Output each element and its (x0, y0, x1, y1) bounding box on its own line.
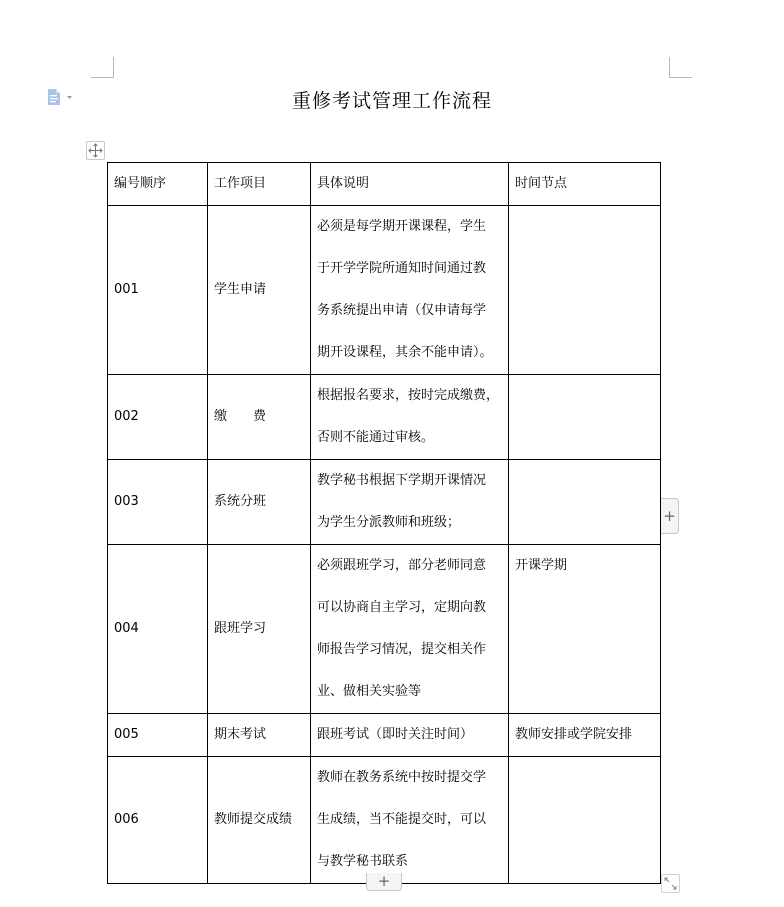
time-cell[interactable] (509, 460, 661, 545)
desc-line: 务系统提出申请（仅申请每学 (317, 290, 502, 332)
item-cell[interactable]: 期末考试 (208, 714, 311, 757)
add-row-button[interactable]: + (366, 873, 402, 891)
desc-cell[interactable]: 教学秘书根据下学期开课情况 为学生分派教师和班级； (311, 460, 509, 545)
desc-line: 教师在教务系统中按时提交学 (317, 757, 502, 799)
time-cell[interactable] (509, 757, 661, 884)
table-row: 002 缴 费 根据报名要求，按时完成缴费， 否则不能通过审核。 (108, 375, 661, 460)
item-cell[interactable]: 跟班学习 (208, 545, 311, 714)
item-cell[interactable]: 缴 费 (208, 375, 311, 460)
desc-line: 业、做相关实验等 (317, 671, 502, 713)
desc-cell[interactable]: 必须跟班学习，部分老师同意 可以协商自主学习，定期向教 师报告学习情况，提交相关… (311, 545, 509, 714)
desc-line: 必须跟班学习，部分老师同意 (317, 545, 502, 587)
header-cell[interactable]: 工作项目 (208, 163, 311, 206)
desc-line: 生成绩，当不能提交时，可以 (317, 799, 502, 841)
table-header-row: 编号顺序 工作项目 具体说明 时间节点 (108, 163, 661, 206)
desc-line: 与教学秘书联系 (317, 841, 502, 883)
time-cell[interactable]: 开课学期 (509, 545, 661, 714)
page-corner-mark-top-right (669, 57, 692, 78)
workflow-table: 编号顺序 工作项目 具体说明 时间节点 001 学生申请 必须是每学期开课课程，… (107, 162, 661, 884)
desc-cell[interactable]: 教师在教务系统中按时提交学 生成绩，当不能提交时，可以 与教学秘书联系 (311, 757, 509, 884)
id-cell[interactable]: 003 (108, 460, 208, 545)
plus-icon: + (663, 507, 676, 525)
add-column-button[interactable]: + (661, 498, 679, 534)
item-cell[interactable]: 学生申请 (208, 206, 311, 375)
id-cell[interactable]: 002 (108, 375, 208, 460)
desc-line: 为学生分派教师和班级； (317, 502, 502, 544)
table-resize-handle[interactable] (661, 874, 680, 893)
desc-line: 教学秘书根据下学期开课情况 (317, 460, 502, 502)
time-cell[interactable]: 教师安排或学院安排 (509, 714, 661, 757)
desc-line: 期开设课程，其余不能申请）。 (317, 332, 502, 374)
id-cell[interactable]: 005 (108, 714, 208, 757)
time-cell[interactable] (509, 206, 661, 375)
table-row: 004 跟班学习 必须跟班学习，部分老师同意 可以协商自主学习，定期向教 师报告… (108, 545, 661, 714)
table-row: 006 教师提交成绩 教师在教务系统中按时提交学 生成绩，当不能提交时，可以 与… (108, 757, 661, 884)
plus-icon: + (378, 872, 391, 890)
id-cell[interactable]: 004 (108, 545, 208, 714)
desc-line: 师报告学习情况，提交相关作 (317, 629, 502, 671)
time-cell[interactable] (509, 375, 661, 460)
document-title: 重修考试管理工作流程 (0, 86, 784, 113)
header-cell[interactable]: 时间节点 (509, 163, 661, 206)
header-cell[interactable]: 具体说明 (311, 163, 509, 206)
id-cell[interactable]: 006 (108, 757, 208, 884)
move-icon (87, 142, 104, 159)
item-cell[interactable]: 系统分班 (208, 460, 311, 545)
resize-icon (662, 875, 679, 892)
desc-line: 可以协商自主学习，定期向教 (317, 587, 502, 629)
desc-cell[interactable]: 必须是每学期开课课程，学生 于开学学院所通知时间通过教 务系统提出申请（仅申请每… (311, 206, 509, 375)
table-row: 005 期末考试 跟班考试（即时关注时间） 教师安排或学院安排 (108, 714, 661, 757)
desc-line: 必须是每学期开课课程，学生 (317, 206, 502, 248)
table-row: 001 学生申请 必须是每学期开课课程，学生 于开学学院所通知时间通过教 务系统… (108, 206, 661, 375)
header-cell[interactable]: 编号顺序 (108, 163, 208, 206)
item-cell[interactable]: 教师提交成绩 (208, 757, 311, 884)
desc-line: 根据报名要求，按时完成缴费， (317, 375, 502, 417)
desc-cell[interactable]: 根据报名要求，按时完成缴费， 否则不能通过审核。 (311, 375, 509, 460)
desc-cell[interactable]: 跟班考试（即时关注时间） (311, 714, 509, 757)
desc-line: 于开学学院所通知时间通过教 (317, 248, 502, 290)
desc-line: 跟班考试（即时关注时间） (317, 714, 502, 756)
desc-line: 否则不能通过审核。 (317, 417, 502, 459)
table-row: 003 系统分班 教学秘书根据下学期开课情况 为学生分派教师和班级； (108, 460, 661, 545)
page-corner-mark-top-left (91, 57, 114, 78)
table-move-handle[interactable] (86, 141, 105, 160)
id-cell[interactable]: 001 (108, 206, 208, 375)
